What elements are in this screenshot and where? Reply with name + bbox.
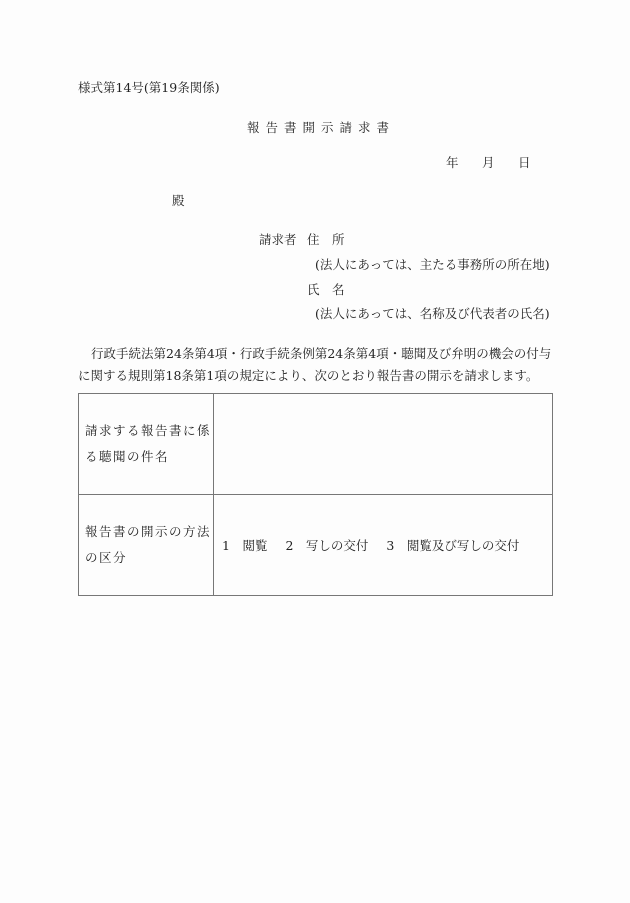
hearing-subject-label: 請求する報告書に係る聴聞の件名 [79, 394, 214, 495]
name-note: (法人にあっては、名称及び代表者の氏名) [315, 306, 550, 322]
address-label: 住 所 [307, 232, 345, 248]
option-copy[interactable]: 2 写しの交付 [285, 538, 368, 553]
disclosure-method-label: 報告書の開示の方法の区分 [79, 495, 214, 596]
date-month-label: 月 [482, 155, 495, 171]
date-year-label: 年 [446, 155, 459, 171]
disclosure-method-field[interactable]: 1 閲覧 2 写しの交付 3 閲覧及び写しの交付 [214, 495, 553, 596]
table-row: 請求する報告書に係る聴聞の件名 [79, 394, 553, 495]
addressee-suffix: 殿 [172, 193, 185, 209]
form-number: 様式第14号(第19条関係) [78, 80, 220, 96]
date-day-label: 日 [518, 155, 531, 171]
request-statement: 行政手続法第24条第4項・行政手続条例第24条第4項・聴聞及び弁明の機会の付与に… [78, 343, 556, 387]
hearing-subject-field[interactable] [214, 394, 553, 495]
option-view[interactable]: 1 閲覧 [222, 538, 267, 553]
request-table: 請求する報告書に係る聴聞の件名 報告書の開示の方法の区分 1 閲覧 2 写しの交… [78, 393, 553, 596]
name-label: 氏 名 [307, 282, 345, 298]
document-title: 報告書開示請求書 [247, 120, 395, 136]
address-note: (法人にあっては、主たる事務所の所在地) [315, 257, 550, 273]
option-view-and-copy[interactable]: 3 閲覧及び写しの交付 [386, 538, 519, 553]
requester-label: 請求者 [259, 232, 297, 248]
table-row: 報告書の開示の方法の区分 1 閲覧 2 写しの交付 3 閲覧及び写しの交付 [79, 495, 553, 596]
